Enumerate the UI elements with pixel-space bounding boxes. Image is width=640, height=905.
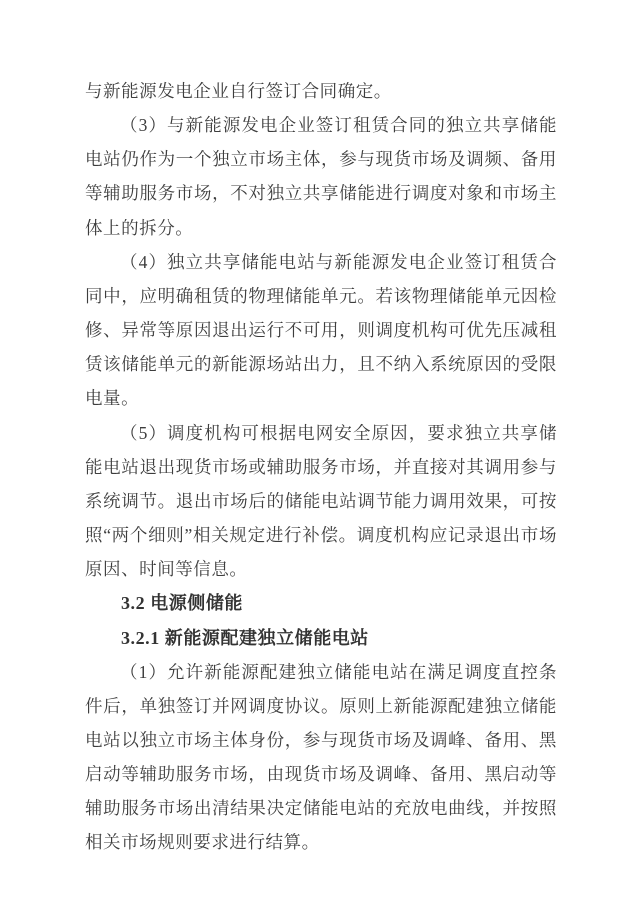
paragraph-item-4: （4）独立共享储能电站与新能源发电企业签订租赁合同中，应明确租赁的物理储能单元。…	[85, 245, 557, 416]
paragraph-item-5: （5）调度机构可根据电网安全原因，要求独立共享储能电站退出现货市场或辅助服务市场…	[85, 416, 557, 587]
paragraph-item-3: （3）与新能源发电企业签订租赁合同的独立共享储能电站仍作为一个独立市场主体，参与…	[85, 108, 557, 245]
section-heading-3-2: 3.2 电源侧储能	[85, 586, 557, 620]
document-page: 与新能源发电企业自行签订合同确定。 （3）与新能源发电企业签订租赁合同的独立共享…	[0, 0, 640, 905]
paragraph-continuation: 与新能源发电企业自行签订合同确定。	[85, 74, 557, 108]
paragraph-item-1: （1）允许新能源配建独立储能电站在满足调度直控条件后，单独签订并网调度协议。原则…	[85, 655, 557, 860]
section-heading-3-2-1: 3.2.1 新能源配建独立储能电站	[85, 621, 557, 655]
